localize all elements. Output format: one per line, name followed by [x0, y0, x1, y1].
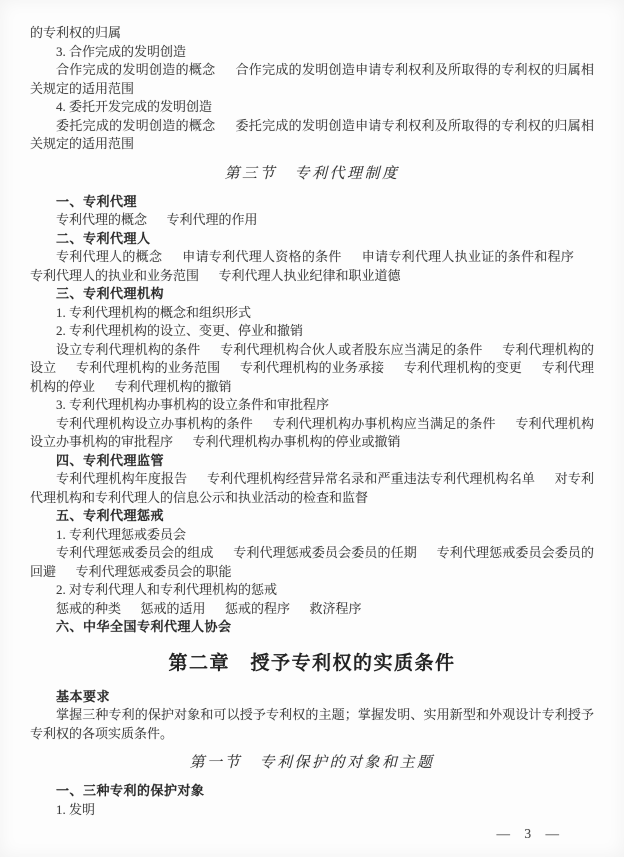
numbered-item: 3. 合作完成的发明创造 — [30, 43, 594, 62]
numbered-item: 3. 专利代理机构办事机构的设立条件和审批程序 — [30, 396, 594, 415]
numbered-item: 2. 专利代理机构的设立、变更、停业和撤销 — [30, 322, 594, 341]
subsection-heading: 二、专利代理人 — [30, 230, 594, 249]
numbered-item: 2. 对专利代理人和专利代理机构的惩戒 — [30, 581, 594, 600]
subsection-heading: 三、专利代理机构 — [30, 285, 594, 304]
subsection-heading: 六、中华全国专利代理人协会 — [30, 618, 594, 637]
keyword-paragraph: 专利代理机构年度报告 专利代理机构经营异常名录和严重违法专利代理机构名单 对专利… — [30, 470, 594, 507]
numbered-item: 1. 发明 — [30, 801, 594, 820]
subsection-heading: 五、专利代理惩戒 — [30, 507, 594, 526]
section-title: 第一节 专利保护的对象和主题 — [30, 753, 594, 773]
paragraph: 掌握三种专利的保护对象和可以授予专利权的主题；掌握发明、实用新型和外观设计专利授… — [30, 706, 594, 743]
chapter-title: 第二章 授予专利权的实质条件 — [30, 652, 594, 676]
document-page: 的专利权的归属 3. 合作完成的发明创造 合作完成的发明创造的概念 合作完成的发… — [0, 0, 624, 857]
subsection-heading: 四、专利代理监管 — [30, 452, 594, 471]
numbered-item: 1. 专利代理惩戒委员会 — [30, 526, 594, 545]
subsection-heading: 一、专利代理 — [30, 193, 594, 212]
keyword-paragraph: 惩戒的种类 惩戒的适用 惩戒的程序 救济程序 — [30, 600, 594, 619]
keyword-paragraph: 设立专利代理机构的条件 专利代理机构合伙人或者股东应当满足的条件 专利代理机构的… — [30, 341, 594, 397]
keyword-paragraph: 专利代理人的概念 申请专利代理人资格的条件 申请专利代理人执业证的条件和程序 专… — [30, 248, 594, 285]
keyword-paragraph: 委托完成的发明创造的概念 委托完成的发明创造申请专利权利及所取得的专利权的归属相… — [30, 117, 594, 154]
paragraph-continuation: 的专利权的归属 — [30, 24, 594, 43]
subsection-heading: 一、三种专利的保护对象 — [30, 782, 594, 801]
numbered-item: 4. 委托开发完成的发明创造 — [30, 98, 594, 117]
numbered-item: 1. 专利代理机构的概念和组织形式 — [30, 304, 594, 323]
page-number: — 3 — — [497, 825, 561, 844]
section-title: 第三节 专利代理制度 — [30, 164, 594, 184]
subsection-heading: 基本要求 — [30, 688, 594, 707]
keyword-paragraph: 合作完成的发明创造的概念 合作完成的发明创造申请专利权利及所取得的专利权的归属相… — [30, 61, 594, 98]
keyword-paragraph: 专利代理惩戒委员会的组成 专利代理惩戒委员会委员的任期 专利代理惩戒委员会委员的… — [30, 544, 594, 581]
keyword-paragraph: 专利代理机构设立办事机构的条件 专利代理机构办事机构应当满足的条件 专利代理机构… — [30, 415, 594, 452]
keyword-paragraph: 专利代理的概念 专利代理的作用 — [30, 211, 594, 230]
